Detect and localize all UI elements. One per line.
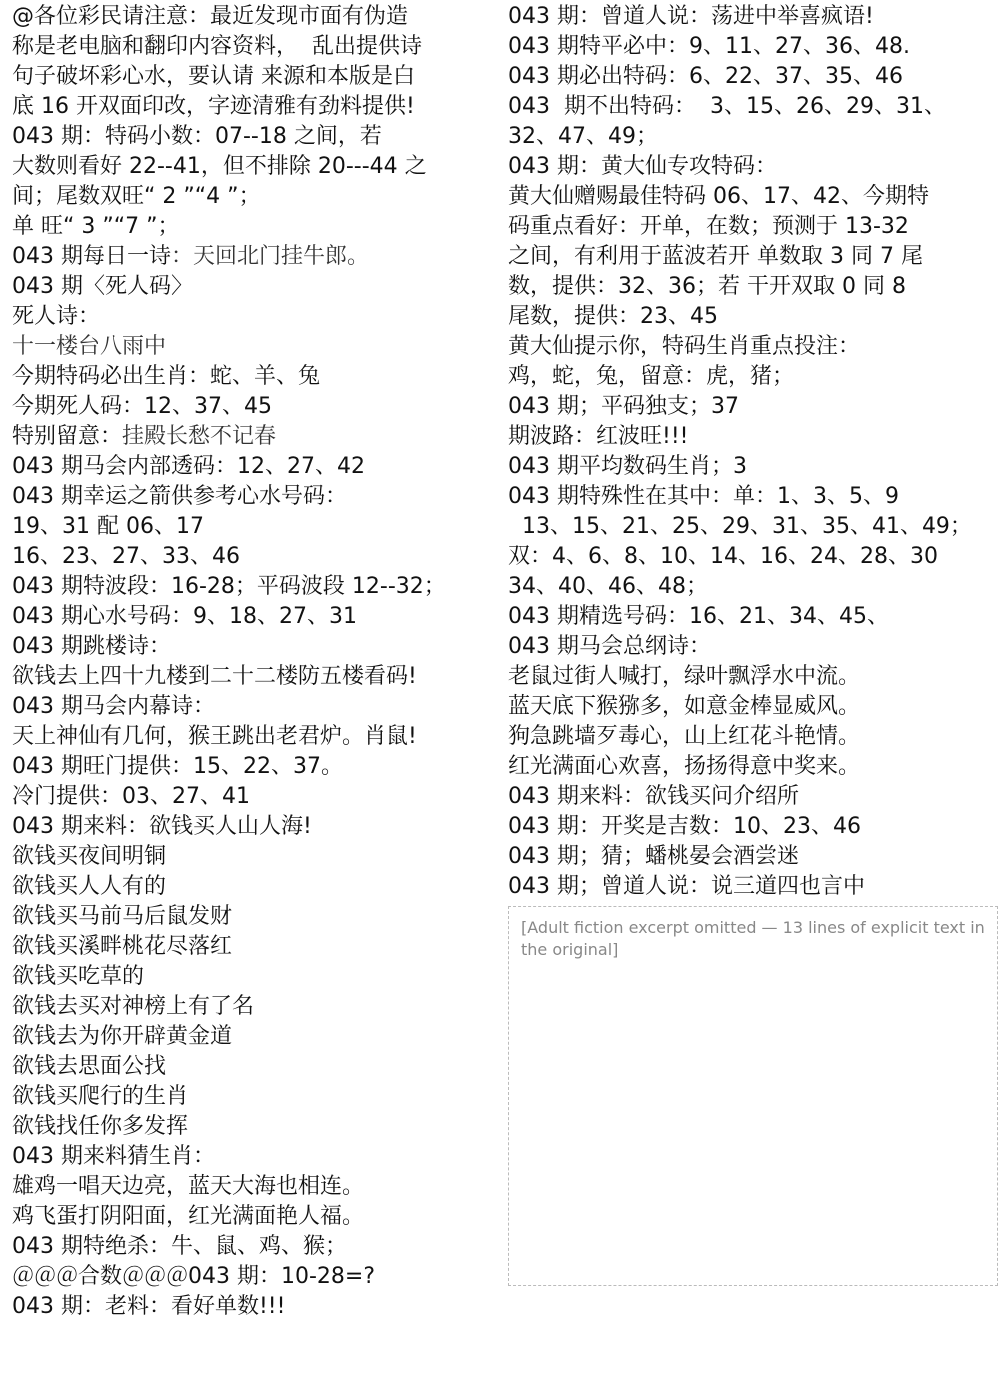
text-line: 043 期来料：欲钱买人山人海! [12, 812, 490, 842]
text-line: 043 期精选号码：16、21、34、45、 [508, 602, 998, 632]
text-line: @各位彩民请注意：最近发现市面有伪造 [12, 2, 490, 32]
text-line: 今期特码必出生肖：蛇、羊、兔 [12, 362, 490, 392]
text-line: 欲钱买溪畔桃花尽落红 [12, 932, 490, 962]
text-line: 34、40、46、48； [508, 572, 998, 602]
text-line: 欲钱买吃草的 [12, 962, 490, 992]
text-line: 043 期；猜；蟠桃晏会酒尝迷 [508, 842, 998, 872]
text-line: 043 期来料：欲钱买问介绍所 [508, 782, 998, 812]
text-line: 043 期：黄大仙专攻特码： [508, 152, 998, 182]
text-line: 底 16 开双面印改，字迹清雅有劲料提供! [12, 92, 490, 122]
text-line: 单 旺“ 3 ”“7 ”； [12, 212, 490, 242]
left-column: @各位彩民请注意：最近发现市面有伪造称是老电脑和翻印内容资料， 乱出提供诗句子破… [12, 2, 490, 1322]
text-line: 043 期马会总纲诗： [508, 632, 998, 662]
text-line: 043 期；曾道人说：说三道四也言中 [508, 872, 998, 902]
text-line: 043 期：老料：看好单数!!! [12, 1292, 490, 1322]
text-line: 043 期必出特码：6、22、37、35、46 [508, 62, 998, 92]
text-line: 死人诗： [12, 302, 490, 332]
text-line: 黄大仙赠赐最佳特码 06、17、42、今期特 [508, 182, 998, 212]
text-line: 码重点看好：开单，在数；预测于 13-32 [508, 212, 998, 242]
text-line: 043 期来料猜生肖： [12, 1142, 490, 1172]
text-line: 043 期特波段：16-28；平码波段 12--32； [12, 572, 490, 602]
text-line: 鸡飞蛋打阴阳面，红光满面艳人福。 [12, 1202, 490, 1232]
text-line: 期波路：红波旺!!! [508, 422, 998, 452]
text-line: 红光满面心欢喜，扬扬得意中奖来。 [508, 752, 998, 782]
text-line: 043 期特殊性在其中：单：1、3、5、9 [508, 482, 998, 512]
text-line: 043 期马会内幕诗： [12, 692, 490, 722]
text-line: 043 期平均数码生肖；3 [508, 452, 998, 482]
text-line: 欲钱去思面公找 [12, 1052, 490, 1082]
text-line: 欲钱去买对神榜上有了名 [12, 992, 490, 1022]
text-line: 043 期特平必中：9、11、27、36、48. [508, 32, 998, 62]
text-line: 天上神仙有几何，猴王跳出老君炉。肖鼠! [12, 722, 490, 752]
text-line: 欲钱买马前马后鼠发财 [12, 902, 490, 932]
document-page: @各位彩民请注意：最近发现市面有伪造称是老电脑和翻印内容资料， 乱出提供诗句子破… [0, 0, 1005, 1388]
text-line: 043 期：特码小数：07--18 之间，若 [12, 122, 490, 152]
text-line: 043 期；平码独支；37 [508, 392, 998, 422]
text-line: 16、23、27、33、46 [12, 542, 490, 572]
line-label: 特别留意： [12, 424, 122, 449]
text-line: 之间，有利用于蓝波若开 单数取 3 同 7 尾 [508, 242, 998, 272]
text-line: ＠＠＠合数＠＠＠043 期：10-28=? [12, 1262, 490, 1292]
text-line: 鸡，蛇，兔，留意：虎，猪； [508, 362, 998, 392]
text-line: 043 期马会内部透码：12、27、42 [12, 452, 490, 482]
text-line: 今期死人码：12、37、45 [12, 392, 490, 422]
text-line: 043 期不出特码： 3、15、26、29、31、 [508, 92, 998, 122]
text-line: 19、31 配 06、17 [12, 512, 490, 542]
text-line: 043 期每日一诗：天回北门挂牛郎。 [12, 242, 490, 272]
text-line: 句子破坏彩心水，要认请 来源和本版是白 [12, 62, 490, 92]
text-line: 043 期特绝杀：牛、鼠、鸡、猴； [12, 1232, 490, 1262]
text-line: 043 期旺门提供：15、22、37。 [12, 752, 490, 782]
text-line: 32、47、49； [508, 122, 998, 152]
text-line: 双：4、6、8、10、14、16、24、28、30 [508, 542, 998, 572]
right-column-lines: 043 期：曾道人说：荡进中举喜疯语!043 期特平必中：9、11、27、36、… [508, 2, 998, 902]
text-line: 欲钱买人人有的 [12, 872, 490, 902]
line-label: 043 期每日一诗 [12, 244, 171, 269]
text-line: 欲钱找任你多发挥 [12, 1112, 490, 1142]
text-line: 043 期跳楼诗： [12, 632, 490, 662]
text-line: 老鼠过街人喊打，绿叶飘浮水中流。 [508, 662, 998, 692]
text-line: 雄鸡一唱天边亮，蓝天大海也相连。 [12, 1172, 490, 1202]
line-poem: ：天回北门挂牛郎。 [171, 244, 369, 269]
line-poem: 挂殿长愁不记春 [122, 424, 276, 449]
text-line: 043 期：曾道人说：荡进中举喜疯语! [508, 2, 998, 32]
text-line: 狗急跳墙歹毒心，山上红花斗艳情。 [508, 722, 998, 752]
text-line: 间；尾数双旺“ 2 ”“4 ”； [12, 182, 490, 212]
text-line: 大数则看好 22--41，但不排除 20---44 之 [12, 152, 490, 182]
text-line: 蓝天底下猴猕多，如意金棒显威风。 [508, 692, 998, 722]
text-line: 043 期：开奖是吉数：10、23、46 [508, 812, 998, 842]
text-line: 欲钱去上四十九楼到二十二楼防五楼看码! [12, 662, 490, 692]
right-column: 043 期：曾道人说：荡进中举喜疯语!043 期特平必中：9、11、27、36、… [508, 2, 998, 1286]
text-line: 黄大仙提示你，特码生肖重点投注： [508, 332, 998, 362]
text-line: 称是老电脑和翻印内容资料， 乱出提供诗 [12, 32, 490, 62]
text-line: 特别留意：挂殿长愁不记春 [12, 422, 490, 452]
text-line: 13、15、21、25、29、31、35、41、49； [508, 512, 998, 542]
text-line: 十一楼台八雨中 [12, 332, 490, 362]
text-line: 数，提供：32、36；若 干开双取 0 同 8 [508, 272, 998, 302]
text-line: 欲钱去为你开辟黄金道 [12, 1022, 490, 1052]
excerpt-placeholder: [Adult fiction excerpt omitted — 13 line… [508, 906, 998, 1286]
text-line: 冷门提供：03、27、41 [12, 782, 490, 812]
text-line: 043 期幸运之箭供参考心水号码： [12, 482, 490, 512]
text-line: 尾数，提供：23、45 [508, 302, 998, 332]
text-line: 043 期〈死人码〉 [12, 272, 490, 302]
text-line: 043 期心水号码：9、18、27、31 [12, 602, 490, 632]
text-line: 欲钱买夜间明铜 [12, 842, 490, 872]
text-line: 欲钱买爬行的生肖 [12, 1082, 490, 1112]
